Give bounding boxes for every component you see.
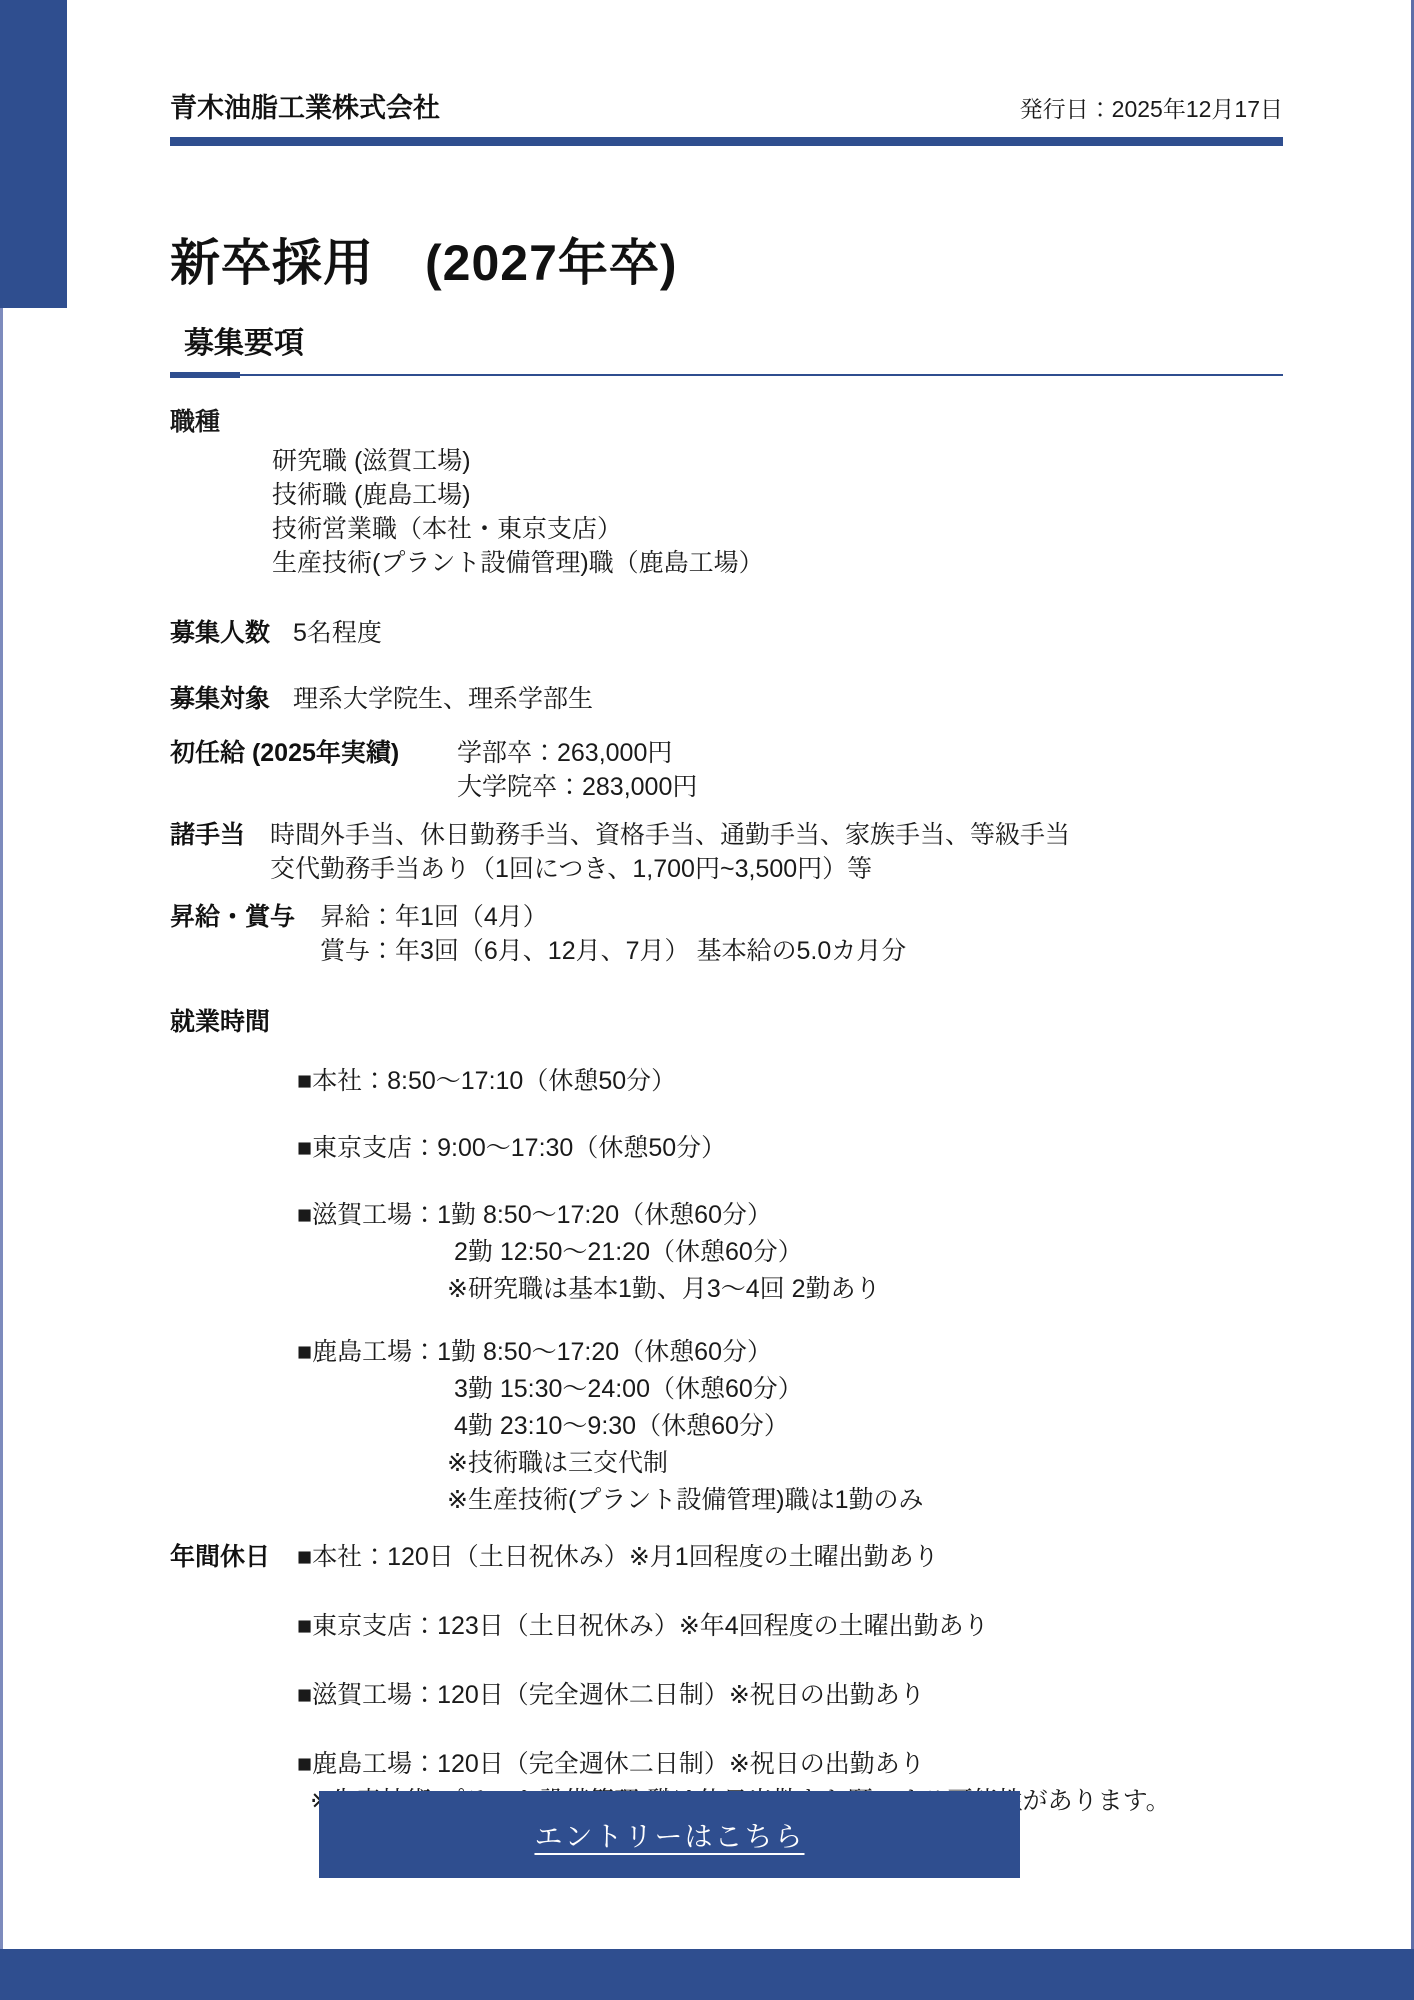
field-target: 募集対象 理系大学院生、理系学部生 (170, 682, 1283, 716)
field-annual-holidays: 年間休日 ■本社：120日（土日祝休み）※月1回程度の土曜出勤あり (170, 1539, 1283, 1576)
field-allowances: 諸手当 時間外手当、休日勤務手当、資格手当、通勤手当、家族手当、等級手当 交代勤… (170, 818, 1283, 886)
allowances-line: 時間外手当、休日勤務手当、資格手当、通勤手当、家族手当、等級手当 (270, 818, 1283, 852)
working-hours-shift-line: 3勤 15:30～24:00（休憩60分） (297, 1371, 1283, 1408)
allowances-label: 諸手当 (170, 818, 270, 852)
raise-bonus-line: 賞与：年3回（6月、12月、7月） 基本給の5.0カ月分 (320, 934, 1283, 968)
working-hours-shift-line: 2勤 12:50～21:20（休憩60分） (297, 1234, 1283, 1271)
company-name: 青木油脂工業株式会社 (170, 86, 440, 125)
issue-date: 発行日：2025年12月17日 (1020, 91, 1283, 124)
header-divider (170, 137, 1283, 146)
section-divider-accent (170, 372, 240, 378)
working-hours-shift-line: 4勤 23:10～9:30（休憩60分） (297, 1408, 1283, 1445)
page-title: 新卒採用 (2027年卒) (170, 230, 1283, 298)
entry-button[interactable]: エントリーはこちら (319, 1791, 1020, 1878)
document-header: 青木油脂工業株式会社 発行日：2025年12月17日 (170, 0, 1283, 125)
job-type-label: 職種 (170, 408, 220, 436)
job-type-list: 研究職 (滋賀工場) 技術職 (鹿島工場) 技術営業職（本社・東京支店） 生産技… (272, 444, 1283, 580)
working-hours-shiga-plant: ■滋賀工場：1勤 8:50～17:20（休憩60分） 2勤 12:50～21:2… (297, 1197, 1283, 1308)
working-hours-line: ■本社：8:50～17:10（休憩50分） (297, 1063, 1283, 1100)
page-content: 青木油脂工業株式会社 発行日：2025年12月17日 新卒採用 (2027年卒)… (170, 0, 1283, 1820)
raise-bonus-value: 昇給：年1回（4月） 賞与：年3回（6月、12月、7月） 基本給の5.0カ月分 (320, 900, 1283, 968)
allowances-line: 交代勤務手当あり（1回につき、1,700円~3,500円）等 (270, 852, 1283, 886)
annual-holidays-shiga-plant: ■滋賀工場：120日（完全週休二日制）※祝日の出勤あり (297, 1677, 1283, 1714)
annual-holidays-label: 年間休日 (170, 1539, 297, 1576)
section-divider (170, 372, 1283, 378)
working-hours-head-office: ■本社：8:50～17:10（休憩50分） (297, 1063, 1283, 1100)
working-hours-line: ■鹿島工場：1勤 8:50～17:20（休憩60分） (297, 1334, 1283, 1371)
target-value: 理系大学院生、理系学部生 (293, 682, 1283, 716)
starting-salary-line: 学部卒：263,000円 (457, 736, 1283, 770)
headcount-label: 募集人数 (170, 616, 293, 650)
working-hours-note: ※技術職は三交代制 (297, 1445, 1283, 1482)
working-hours-label: 就業時間 (170, 1004, 1283, 1041)
starting-salary-label: 初任給 (2025年実績) (170, 736, 457, 770)
annual-holidays-kashima-line: ■鹿島工場：120日（完全週休二日制）※祝日の出勤あり (297, 1746, 1283, 1783)
entry-button-label: エントリーはこちら (534, 1815, 804, 1855)
field-job-type: 職種 (170, 406, 1283, 438)
working-hours-kashima-plant: ■鹿島工場：1勤 8:50～17:20（休憩60分） 3勤 15:30～24:0… (297, 1334, 1283, 1519)
headcount-value: 5名程度 (293, 616, 1283, 650)
working-hours-line: ■滋賀工場：1勤 8:50～17:20（休憩60分） (297, 1197, 1283, 1234)
working-hours-line: ■東京支店：9:00～17:30（休憩50分） (297, 1130, 1283, 1167)
working-hours-note: ※研究職は基本1勤、月3～4回 2勤あり (297, 1271, 1283, 1308)
job-type-item: 技術職 (鹿島工場) (272, 478, 1283, 512)
recruitment-flyer-page: 青木油脂工業株式会社 発行日：2025年12月17日 新卒採用 (2027年卒)… (0, 0, 1414, 2000)
field-raise-bonus: 昇給・賞与 昇給：年1回（4月） 賞与：年3回（6月、12月、7月） 基本給の5… (170, 900, 1283, 968)
job-type-item: 研究職 (滋賀工場) (272, 444, 1283, 478)
left-accent-bar (0, 0, 67, 308)
section-divider-line (240, 374, 1283, 376)
allowances-value: 時間外手当、休日勤務手当、資格手当、通勤手当、家族手当、等級手当 交代勤務手当あ… (270, 818, 1283, 886)
job-type-item: 技術営業職（本社・東京支店） (272, 512, 1283, 546)
field-starting-salary: 初任給 (2025年実績) 学部卒：263,000円 大学院卒：283,000円 (170, 736, 1283, 804)
annual-holidays-tokyo-branch: ■東京支店：123日（土日祝休み）※年4回程度の土曜出勤あり (297, 1608, 1283, 1645)
working-hours-note: ※生産技術(プラント設備管理)職は1勤のみ (297, 1482, 1283, 1519)
field-headcount: 募集人数 5名程度 (170, 616, 1283, 650)
starting-salary-value: 学部卒：263,000円 大学院卒：283,000円 (457, 736, 1283, 804)
target-label: 募集対象 (170, 682, 293, 716)
job-type-item: 生産技術(プラント設備管理)職（鹿島工場） (272, 546, 1283, 580)
annual-holidays-head-office: ■本社：120日（土日祝休み）※月1回程度の土曜出勤あり (297, 1539, 1283, 1576)
starting-salary-line: 大学院卒：283,000円 (457, 770, 1283, 804)
left-page-border (0, 308, 3, 1949)
footer-bar (0, 1949, 1414, 2000)
raise-bonus-label: 昇給・賞与 (170, 900, 320, 934)
raise-bonus-line: 昇給：年1回（4月） (320, 900, 1283, 934)
working-hours-tokyo-branch: ■東京支店：9:00～17:30（休憩50分） (297, 1130, 1283, 1167)
section-heading-requirements: 募集要項 (170, 318, 1283, 362)
